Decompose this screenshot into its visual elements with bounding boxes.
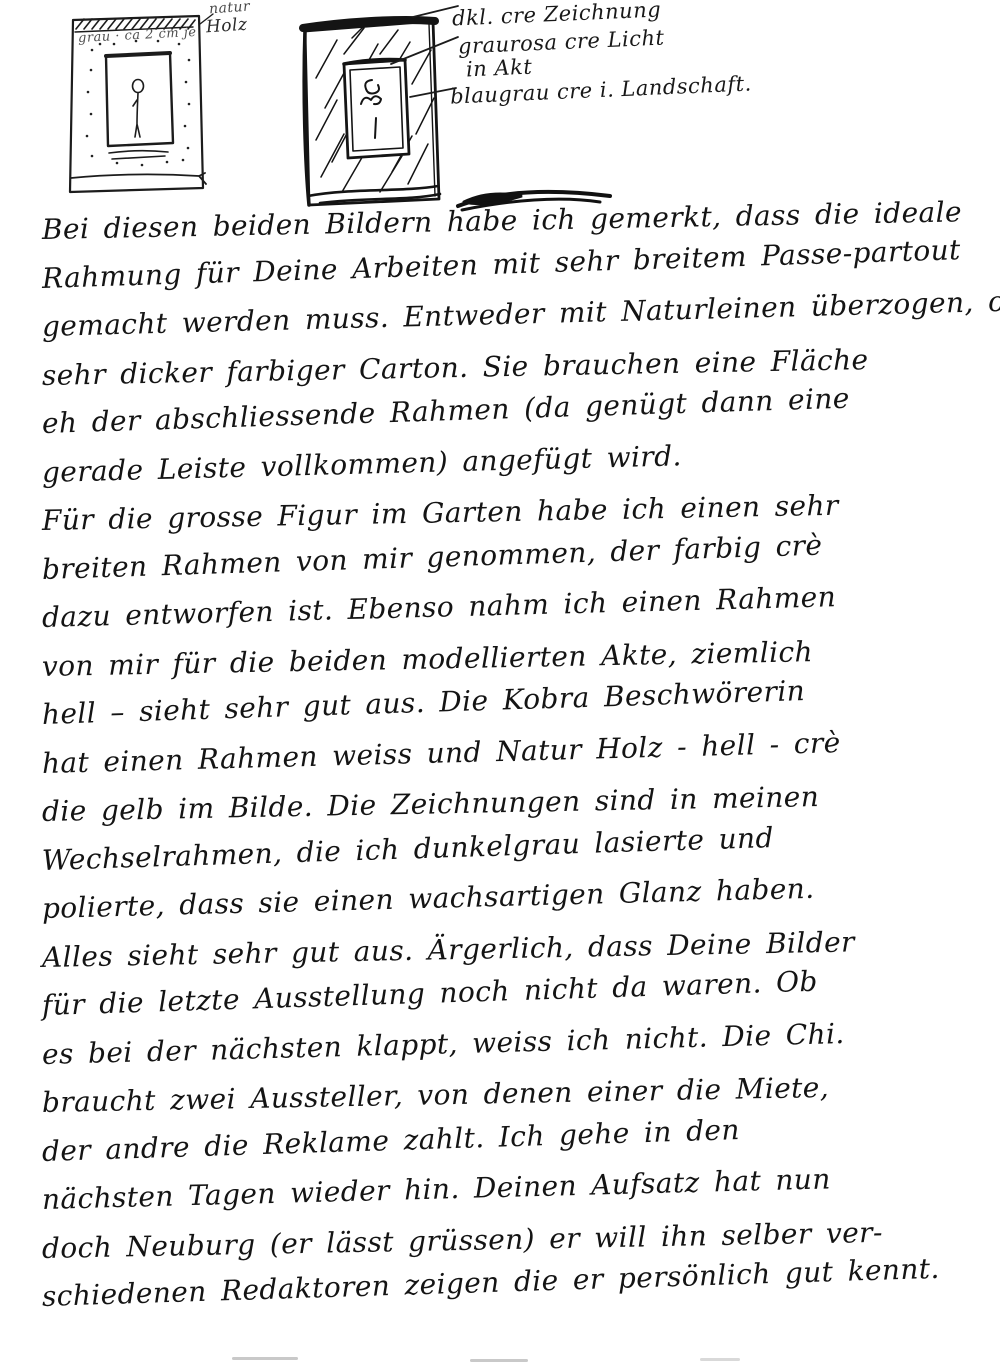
annotation-holz: Holz xyxy=(205,15,248,38)
annotation-in-akt: in Akt xyxy=(466,55,533,82)
scan-edge-mark xyxy=(232,1357,298,1360)
letter-page: natur Holz grau · ca 2 cm je dkl. cre Ze… xyxy=(0,0,1000,1366)
annotation-leader-lines xyxy=(276,0,476,110)
scan-edge-mark xyxy=(470,1359,528,1362)
letter-body: Bei diesen beiden Bildern habe ich gemer… xyxy=(42,206,982,1322)
annotation-graurosa-cre-licht: graurosa cre Licht xyxy=(458,26,665,59)
scan-edge-mark xyxy=(700,1358,740,1361)
